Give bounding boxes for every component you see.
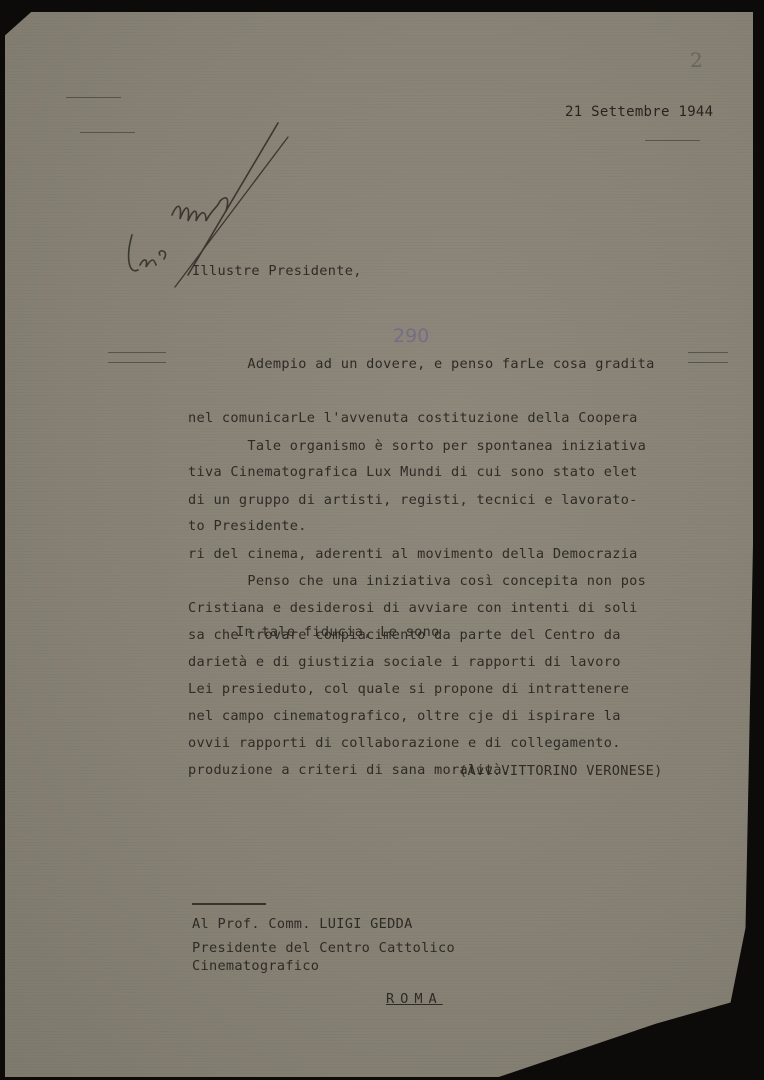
margin-mark (108, 362, 166, 363)
separator-rule (192, 903, 266, 905)
recipient-city: ROMA (386, 990, 443, 1008)
margin-mark (108, 352, 166, 353)
closing-line: In tale fiducia, Le sono (236, 623, 440, 641)
margin-mark (688, 352, 728, 353)
text-line: di un gruppo di artisti, registi, tecnic… (188, 491, 646, 509)
paragraph-3: Penso che una iniziativa così concepita … (188, 536, 646, 770)
text-line: ovvii rapporti di collaborazione e di co… (188, 734, 646, 752)
recipient-name: Al Prof. Comm. LUIGI GEDDA (192, 915, 413, 933)
letter-date: 21 Settembre 1944 (565, 103, 713, 121)
salutation: Illustre Presidente, (192, 262, 362, 280)
page-number-mark: 2 (690, 48, 703, 72)
margin-mark (66, 97, 121, 98)
signature-line: (Avv.VITTORINO VERONESE) (459, 762, 663, 780)
text-line: Tale organismo è sorto per spontanea ini… (188, 437, 646, 455)
margin-mark (645, 140, 700, 141)
text-line: Lei presieduto, col quale si propone di … (188, 680, 646, 698)
recipient-title-cont: Cinematografico (192, 957, 319, 975)
text-line: Adempio ad un dovere, e penso farLe cosa… (188, 355, 655, 373)
margin-mark (688, 362, 728, 363)
recipient-title: Presidente del Centro Cattolico (192, 939, 455, 957)
text-line: Penso che una iniziativa così concepita … (188, 572, 646, 590)
